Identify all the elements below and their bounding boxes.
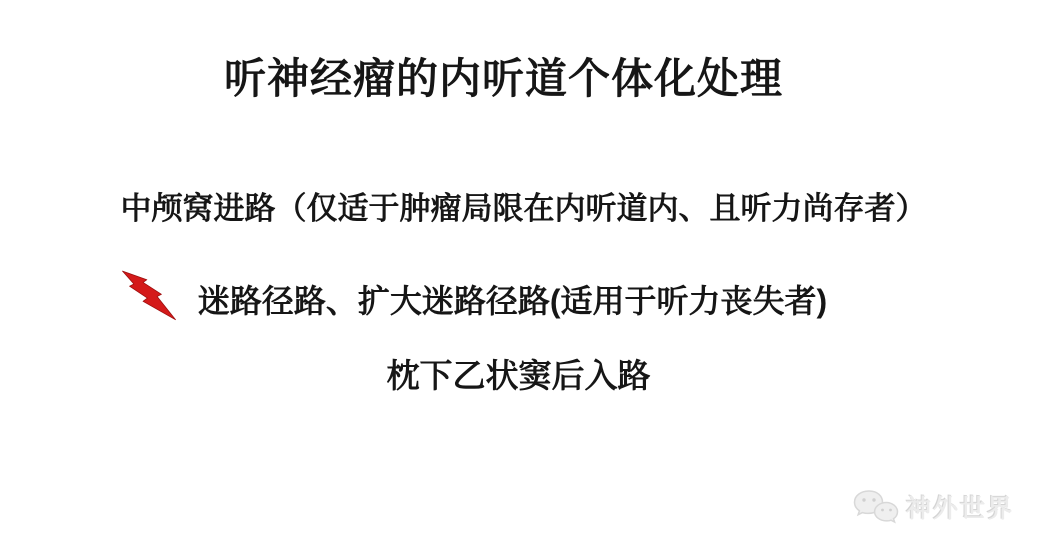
slide-title: 听神经瘤的内听道个体化处理 bbox=[0, 46, 1007, 106]
presentation-slide: 听神经瘤的内听道个体化处理 中颅窝进路（仅适于肿瘤局限在内听道内、且听力尚存者）… bbox=[0, 0, 1047, 552]
watermark-label: 神外世界 bbox=[906, 489, 1014, 525]
watermark: 神外世界 bbox=[853, 488, 1014, 526]
approach-line-retrosigmoid: 枕下乙状窦后入路 bbox=[0, 350, 1037, 397]
approach-line-translabyrinthine: 迷路径路、扩大迷路径路(适用于听力丧失者) bbox=[0, 276, 1025, 322]
wechat-logo-icon bbox=[853, 488, 899, 526]
approach-line-middle-fossa: 中颅窝进路（仅适于肿瘤局限在内听道内、且听力尚存者） bbox=[0, 183, 1047, 228]
